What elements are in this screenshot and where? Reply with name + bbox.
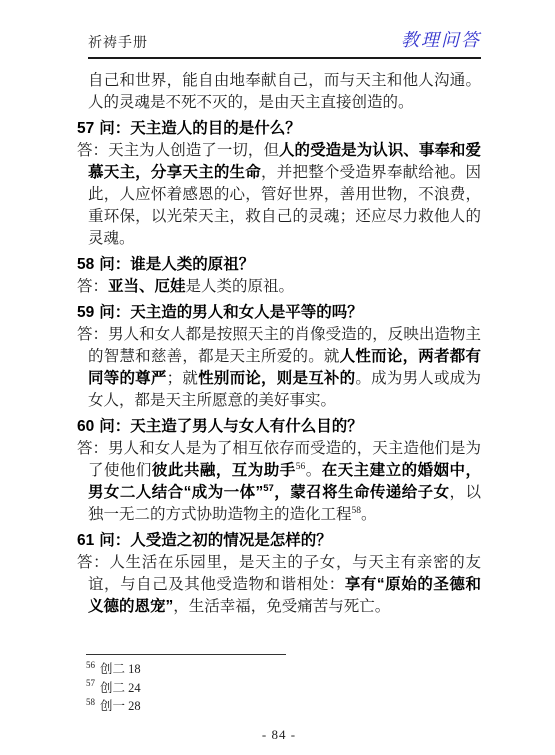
answer-text: 天主为人创造了一切，但人的受造是为认识、事奉和爱慕天主，分享天主的生命，并把整个… bbox=[88, 142, 481, 247]
question-number: 60 bbox=[77, 418, 94, 435]
answer-label: 答： bbox=[77, 440, 108, 457]
answer-text: 人生活在乐园里，是天主的子女，与天主有亲密的友谊，与自己及其他受造物和谐相处：享… bbox=[88, 554, 481, 615]
question-label: 问： bbox=[99, 304, 130, 321]
question-text: 天主造的男人和女人是平等的吗？ bbox=[130, 304, 363, 321]
answer-segment: ，蒙召将生命传递给子女 bbox=[274, 484, 450, 501]
question-number: 59 bbox=[77, 304, 94, 321]
answer-label: 答： bbox=[77, 142, 108, 159]
question-text: 天主造人的目的是什么？ bbox=[130, 120, 301, 137]
qa-block: 60问：天主造了男人与女人有什么目的？ 答：男人和女人是为了相互依存而受造的，天… bbox=[77, 416, 481, 526]
answer-label: 答： bbox=[77, 326, 108, 343]
qa-list: 57问：天主造人的目的是什么？ 答：天主为人创造了一切，但人的受造是为认识、事奉… bbox=[77, 118, 481, 618]
answer-label: 答： bbox=[77, 554, 109, 571]
answer-segment: 是人类的原祖。 bbox=[186, 278, 295, 295]
qa-answer: 答：亚当、厄娃是人类的原祖。 bbox=[77, 276, 481, 298]
running-title-left: 祈祷手册 bbox=[88, 32, 148, 52]
page-header: 祈祷手册 教理问答 bbox=[88, 26, 481, 59]
footnote-marker: 57 bbox=[86, 678, 95, 688]
footnote-ref: 57 bbox=[263, 483, 274, 494]
answer-segment: 。 bbox=[361, 506, 377, 523]
footnote-separator bbox=[86, 654, 286, 655]
qa-question-line: 59问：天主造的男人和女人是平等的吗？ bbox=[77, 302, 481, 324]
qa-block: 59问：天主造的男人和女人是平等的吗？ 答：男人和女人都是按照天主的肖像受造的，… bbox=[77, 302, 481, 412]
answer-segment: 。 bbox=[305, 462, 321, 479]
answer-segment: ，生活幸福，免受痛苦与死亡。 bbox=[173, 598, 390, 615]
footnote-text: 创一 28 bbox=[100, 699, 141, 713]
footnote-item: 58创一 28 bbox=[86, 697, 490, 716]
question-text: 谁是人类的原祖？ bbox=[130, 256, 254, 273]
qa-answer: 答：天主为人创造了一切，但人的受造是为认识、事奉和爱慕天主，分享天主的生命，并把… bbox=[77, 140, 481, 250]
answer-text: 男人和女人都是按照天主的肖像受造的，反映出造物主的智慧和慈善，都是天主所爱的。就… bbox=[88, 326, 481, 409]
page-footer: - 84 - bbox=[77, 727, 481, 743]
running-title-right: 教理问答 bbox=[401, 26, 481, 52]
qa-answer: 答：男人和女人是为了相互依存而受造的，天主造他们是为了使他们彼此共融，互为助手5… bbox=[77, 438, 481, 526]
qa-question-line: 57问：天主造人的目的是什么？ bbox=[77, 118, 481, 140]
question-label: 问： bbox=[99, 418, 130, 435]
qa-answer: 答：人生活在乐园里，是天主的子女，与天主有亲密的友谊，与自己及其他受造物和谐相处… bbox=[77, 552, 481, 618]
footnote-text: 创二 24 bbox=[100, 681, 141, 695]
answer-segment: ；就 bbox=[167, 370, 198, 387]
answer-segment: 性别而论，则是互补的 bbox=[198, 370, 355, 387]
question-number: 61 bbox=[77, 532, 94, 549]
question-label: 问： bbox=[99, 120, 130, 137]
page-number: - 84 - bbox=[262, 727, 296, 742]
footnote-ref: 56 bbox=[296, 462, 306, 472]
qa-answer: 答：男人和女人都是按照天主的肖像受造的，反映出造物主的智慧和慈善，都是天主所爱的… bbox=[77, 324, 481, 412]
question-label: 问： bbox=[99, 532, 130, 549]
qa-question-line: 60问：天主造了男人与女人有什么目的？ bbox=[77, 416, 481, 438]
continuation-paragraph: 自己和世界，能自由地奉献自己，而与天主和他人沟通。人的灵魂是不死不灭的，是由天主… bbox=[77, 70, 481, 114]
footnote-ref: 58 bbox=[352, 506, 362, 516]
qa-question-line: 58问：谁是人类的原祖？ bbox=[77, 254, 481, 276]
footnote-list: 56创二 18 57创二 24 58创一 28 bbox=[86, 660, 490, 716]
question-text: 天主造了男人与女人有什么目的？ bbox=[130, 418, 363, 435]
answer-segment: 彼此共融，互为助手 bbox=[152, 462, 296, 479]
answer-text: 男人和女人是为了相互依存而受造的，天主造他们是为了使他们彼此共融，互为助手56。… bbox=[88, 440, 481, 523]
answer-text: 亚当、厄娃是人类的原祖。 bbox=[108, 278, 294, 295]
document-page: 祈祷手册 教理问答 自己和世界，能自由地奉献自己，而与天主和他人沟通。人的灵魂是… bbox=[0, 0, 555, 755]
qa-question-line: 61问：人受造之初的情况是怎样的？ bbox=[77, 530, 481, 552]
qa-block: 57问：天主造人的目的是什么？ 答：天主为人创造了一切，但人的受造是为认识、事奉… bbox=[77, 118, 481, 250]
question-label: 问： bbox=[99, 256, 130, 273]
footnote-text: 创二 18 bbox=[100, 662, 141, 676]
question-number: 57 bbox=[77, 120, 94, 137]
footnote-marker: 56 bbox=[86, 660, 95, 670]
answer-segment: 亚当、厄娃 bbox=[108, 278, 186, 295]
qa-block: 61问：人受造之初的情况是怎样的？ 答：人生活在乐园里，是天主的子女，与天主有亲… bbox=[77, 530, 481, 618]
footnote-item: 56创二 18 bbox=[86, 660, 490, 679]
footnote-marker: 58 bbox=[86, 697, 95, 707]
question-text: 人受造之初的情况是怎样的？ bbox=[130, 532, 332, 549]
footnote-area: 56创二 18 57创二 24 58创一 28 bbox=[86, 654, 490, 716]
question-number: 58 bbox=[77, 256, 94, 273]
answer-label: 答： bbox=[77, 278, 108, 295]
answer-segment: 天主为人创造了一切，但 bbox=[108, 142, 279, 159]
footnote-item: 57创二 24 bbox=[86, 679, 490, 698]
qa-block: 58问：谁是人类的原祖？ 答：亚当、厄娃是人类的原祖。 bbox=[77, 254, 481, 298]
page-body: 自己和世界，能自由地奉献自己，而与天主和他人沟通。人的灵魂是不死不灭的，是由天主… bbox=[77, 70, 481, 618]
